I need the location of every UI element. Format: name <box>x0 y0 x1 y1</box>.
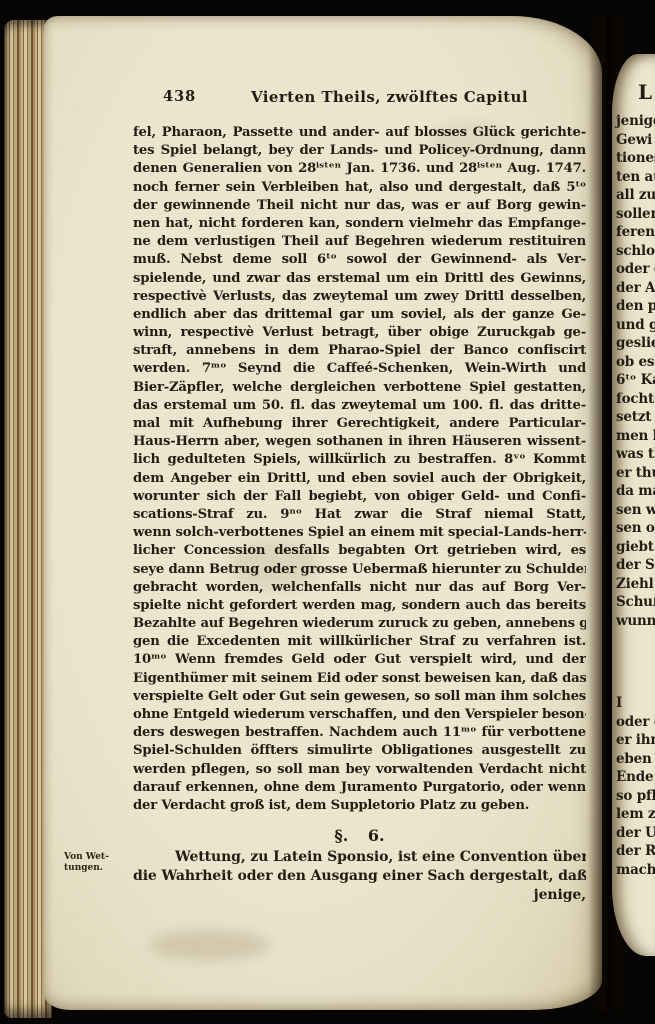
body-line: ohne Entgeld wiederum verschaffen, und d… <box>133 706 586 724</box>
next-page-line: da ma <box>616 482 655 501</box>
next-page-line: ob es <box>616 353 655 372</box>
next-page-line: der Ue <box>616 824 655 843</box>
next-page-line: men ka <box>616 427 655 446</box>
body-line: endlich aber das drittemal gar um soviel… <box>133 306 586 324</box>
next-page-line: Schuß <box>616 593 655 612</box>
body-line: winn, respectivè Verlust betragt, über o… <box>133 324 586 342</box>
body-line: noch ferner sein Verbleiben hat, also un… <box>133 179 586 197</box>
page-number: 438 <box>163 88 196 105</box>
page-header: 438 Vierten Theils, zwölftes Capitul <box>133 88 586 108</box>
next-page-line: den pfl <box>616 297 655 316</box>
body-line: 10ᵐᵒ Wenn fremdes Geld oder Gut verspiel… <box>133 651 586 669</box>
next-page-line: er ihm <box>616 731 655 750</box>
body-line: gebracht worden, welchenfalls nicht nur … <box>133 579 586 597</box>
next-page-line: macht <box>616 861 655 880</box>
body-line: lich gedulteten Spiels, willkürlich zu b… <box>133 451 586 469</box>
body-line: darauf erkennen, ohne dem Juramento Purg… <box>133 779 586 797</box>
next-page-line: 6ᵗᵒ Ka <box>616 371 655 390</box>
body-line: Eigenthümer mit seinem Eid oder sonst be… <box>133 670 586 688</box>
book-scan-photo: 438 Vierten Theils, zwölftes Capitul fel… <box>0 0 655 1024</box>
body-line: tes Spiel belangt, bey der Lands- und Po… <box>133 142 586 160</box>
next-page-line: giebt e <box>616 538 655 557</box>
body-line: straft, annebens in dem Pharao-Spiel der… <box>133 342 586 360</box>
body-line: muß. Nebst deme soll 6ᵗᵒ sowol der Gewin… <box>133 251 586 269</box>
body-line: der Verdacht groß ist, dem Suppletorio P… <box>133 797 586 815</box>
body-line: Spiel-Schulden öffters simulirte Obligat… <box>133 742 586 760</box>
body-line: worunter sich der Fall begiebt, von obig… <box>133 488 586 506</box>
body-line: wenn solch-verbottenes Spiel an einem mi… <box>133 524 586 542</box>
next-page-line: so pfle <box>616 787 655 806</box>
next-page-line: was th <box>616 445 655 464</box>
next-page-line: der S <box>616 556 655 575</box>
next-page-line: sen we <box>616 501 655 520</box>
body-line: spielende, und zwar das erstemal um ein … <box>133 270 586 288</box>
body-line: spielte nicht gefordert werden mag, sond… <box>133 597 586 615</box>
show-through-text <box>616 636 655 680</box>
section-line: Wettung, zu Latein Sponsio, ist eine Con… <box>133 848 586 867</box>
section-heading: §. 6. <box>133 826 586 845</box>
next-page-line: sen od <box>616 519 655 538</box>
next-page-line: ferent <box>616 223 655 242</box>
body-line: das erstemal um 50. fl. das zweytemal um… <box>133 397 586 415</box>
paper-stain <box>150 930 270 960</box>
body-line: scations-Straf zu. 9ⁿᵒ Hat zwar die Stra… <box>133 506 586 524</box>
body-line: nen hat, nicht forderen kan, sondern vie… <box>133 215 586 233</box>
body-line: ders deswegen bestraffen. Nachdem auch 1… <box>133 724 586 742</box>
next-page-line: lem zu <box>616 805 655 824</box>
body-line: seye dann Betrug oder grosse Uebermaß hi… <box>133 561 586 579</box>
body-line: werden pflegen, so soll man bey vorwalte… <box>133 761 586 779</box>
body-text: fel, Pharaon, Passette und ander- auf bl… <box>133 124 586 815</box>
next-page-line: ten au <box>616 168 655 187</box>
next-page-line: oder d <box>616 260 655 279</box>
body-line: denen Generalien von 28ⁱˢᵗᵉⁿ Jan. 1736. … <box>133 160 586 178</box>
next-page-line: all zu <box>616 186 655 205</box>
next-page-text-top: jenigeGewitionesten auall zusollenferent… <box>616 112 655 630</box>
body-line: Bier-Zäpfler, welche dergleichen verbott… <box>133 379 586 397</box>
next-page-line: Gewi <box>616 131 655 150</box>
section-paragraph: Wettung, zu Latein Sponsio, ist eine Con… <box>133 848 586 905</box>
next-page-line: tiones <box>616 149 655 168</box>
body-line: gen die Excedenten mit willkürlicher Str… <box>133 633 586 651</box>
next-page-text-bottom: Ioder ober ihmeben soEnde eso pflelem zu… <box>616 694 655 879</box>
section-line: jenige, <box>133 886 586 905</box>
body-line: fel, Pharaon, Passette und ander- auf bl… <box>133 124 586 142</box>
running-head: Vierten Theils, zwölftes Capitul <box>203 88 576 106</box>
next-page-line: oder ob <box>616 713 655 732</box>
next-page-line: schlosse <box>616 242 655 261</box>
body-line: licher Concession desfalls begabten Ort … <box>133 542 586 560</box>
body-line: mal mit Aufhebung ihrer Gerechtigkeit, a… <box>133 415 586 433</box>
section-line: die Wahrheit oder den Ausgang einer Sach… <box>133 867 586 886</box>
body-line: werden. 7ᵐᵒ Seynd die Caffeé-Schenken, W… <box>133 360 586 378</box>
next-page-line: er thun <box>616 464 655 483</box>
next-page-line: wunne <box>616 612 655 631</box>
next-page-line: Ziehl <box>616 575 655 594</box>
margin-note: Von Wet-tungen. <box>64 852 120 874</box>
next-page-line: sollen <box>616 205 655 224</box>
next-page-line: fochten <box>616 390 655 409</box>
body-line: dem Angeber ein Drittl, und eben soviel … <box>133 470 586 488</box>
right-page-sliver: L jenigeGewitionesten auall zusollenfere… <box>612 54 655 956</box>
next-page-line: setzt w <box>616 408 655 427</box>
next-page-line: der A <box>616 279 655 298</box>
body-line: Bezahlte auf Begehren wiederum zuruck zu… <box>133 615 586 633</box>
body-line: der gewinnende Theil nicht nur das, was … <box>133 197 586 215</box>
body-line: ne dem verlustigen Theil auf Begehren wi… <box>133 233 586 251</box>
next-page-line: und ge <box>616 316 655 335</box>
next-page-line: gesliess <box>616 334 655 353</box>
next-page-line: der Re <box>616 842 655 861</box>
next-page-line: jenige <box>616 112 655 131</box>
margin-note-line: tungen. <box>64 863 120 874</box>
next-page-line: Ende e <box>616 768 655 787</box>
next-page-head-fragment: L <box>638 80 652 104</box>
body-line: respectivè Verlusts, das zweytemal um zw… <box>133 288 586 306</box>
next-page-line: eben so <box>616 750 655 769</box>
next-page-line: I <box>616 694 655 713</box>
body-line: verspielte Gelt oder Gut sein gewesen, s… <box>133 688 586 706</box>
margin-note-line: Von Wet- <box>64 852 120 863</box>
body-line: Haus-Herrn aber, wegen sothanen in ihren… <box>133 433 586 451</box>
